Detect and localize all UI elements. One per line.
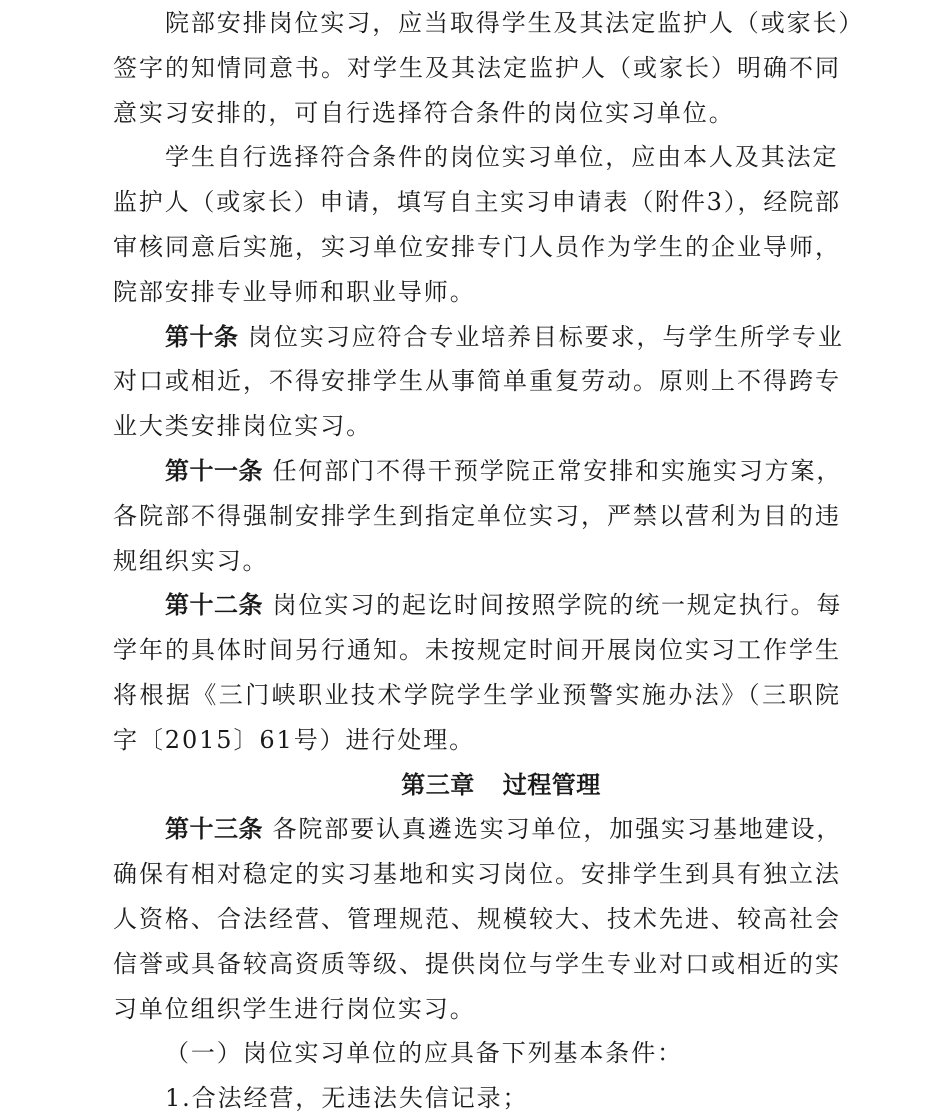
article-label: 第十二条 [165, 591, 263, 619]
chapter-number: 第三章 [401, 771, 475, 799]
text-line: 第十三条 各院部要认真遴选实习单位，加强实习基地建设， [113, 807, 839, 852]
text-line: 第十一条 任何部门不得干预学院正常安排和实施实习方案， [113, 449, 839, 494]
text-line: 规组织实习。 [113, 539, 839, 584]
text-line: 业大类安排岗位实习。 [113, 404, 839, 449]
article-text: 岗位实习应符合专业培养目标要求，与学生所学专业 [248, 323, 844, 351]
list-item: 1.合法经营，无违法失信记录； [113, 1076, 839, 1116]
article-13: 第十三条 各院部要认真遴选实习单位，加强实习基地建设， 确保有相对稳定的实习基地… [113, 807, 839, 1031]
article-label: 第十一条 [165, 457, 263, 485]
article-11: 第十一条 任何部门不得干预学院正常安排和实施实习方案， 各院部不得强制安排学生到… [113, 449, 839, 583]
text-line: 各院部不得强制安排学生到指定单位实习，严禁以营利为目的违 [113, 494, 839, 539]
text-line: 审核同意后实施，实习单位安排专门人员作为学生的企业导师， [113, 225, 839, 270]
text-line: 习单位组织学生进行岗位实习。 [113, 987, 839, 1032]
text-line: 学生自行选择符合条件的岗位实习单位，应由本人及其法定 [113, 135, 839, 180]
text-line: 学年的具体时间另行通知。未按规定时间开展岗位实习工作学生 [113, 628, 839, 673]
text-line: 监护人（或家长）申请，填写自主实习申请表（附件3），经院部 [113, 180, 839, 225]
paragraph-self-selected-internship: 学生自行选择符合条件的岗位实习单位，应由本人及其法定 监护人（或家长）申请，填写… [113, 135, 839, 314]
chapter-title: 过程管理 [503, 771, 601, 799]
text-line: 第十条 岗位实习应符合专业培养目标要求，与学生所学专业 [113, 315, 839, 360]
article-text: 岗位实习的起讫时间按照学院的统一规定执行。每 [273, 591, 843, 619]
article-10: 第十条 岗位实习应符合专业培养目标要求，与学生所学专业 对口或相近，不得安排学生… [113, 315, 839, 449]
article-label: 第十三条 [165, 815, 263, 843]
text-line: 意实习安排的，可自行选择符合条件的岗位实习单位。 [113, 91, 839, 136]
subsection-heading: （一）岗位实习单位的应具备下列基本条件： [113, 1031, 839, 1076]
text-line: 将根据《三门峡职业技术学院学生学业预警实施办法》（三职院 [113, 673, 839, 718]
paragraph-guardian-consent: 院部安排岗位实习，应当取得学生及其法定监护人（或家长） 签字的知情同意书。对学生… [113, 1, 839, 135]
text-line: 签字的知情同意书。对学生及其法定监护人（或家长）明确不同 [113, 46, 839, 91]
text-line: 院部安排岗位实习，应当取得学生及其法定监护人（或家长） [113, 1, 839, 46]
text-line: 字〔2015〕61号）进行处理。 [113, 718, 839, 763]
article-text: 任何部门不得干预学院正常安排和实施实习方案， [273, 457, 843, 485]
text-line: 院部安排专业导师和职业导师。 [113, 270, 839, 315]
article-text: 各院部要认真遴选实习单位，加强实习基地建设， [273, 815, 843, 843]
text-line: 人资格、合法经营、管理规范、规模较大、技术先进、较高社会 [113, 897, 839, 942]
text-line: 对口或相近，不得安排学生从事简单重复劳动。原则上不得跨专 [113, 359, 839, 404]
article-12: 第十二条 岗位实习的起讫时间按照学院的统一规定执行。每 学年的具体时间另行通知。… [113, 583, 839, 762]
text-line: 信誉或具备较高资质等级、提供岗位与学生专业对口或相近的实 [113, 942, 839, 987]
chapter-heading: 第三章过程管理 [113, 763, 839, 808]
article-label: 第十条 [165, 323, 239, 351]
text-line: 第十二条 岗位实习的起讫时间按照学院的统一规定执行。每 [113, 583, 839, 628]
document-body: 院部安排岗位实习，应当取得学生及其法定监护人（或家长） 签字的知情同意书。对学生… [113, 1, 839, 1116]
document-page: 院部安排岗位实习，应当取得学生及其法定监护人（或家长） 签字的知情同意书。对学生… [0, 0, 949, 1116]
text-line: 确保有相对稳定的实习基地和实习岗位。安排学生到具有独立法 [113, 852, 839, 897]
